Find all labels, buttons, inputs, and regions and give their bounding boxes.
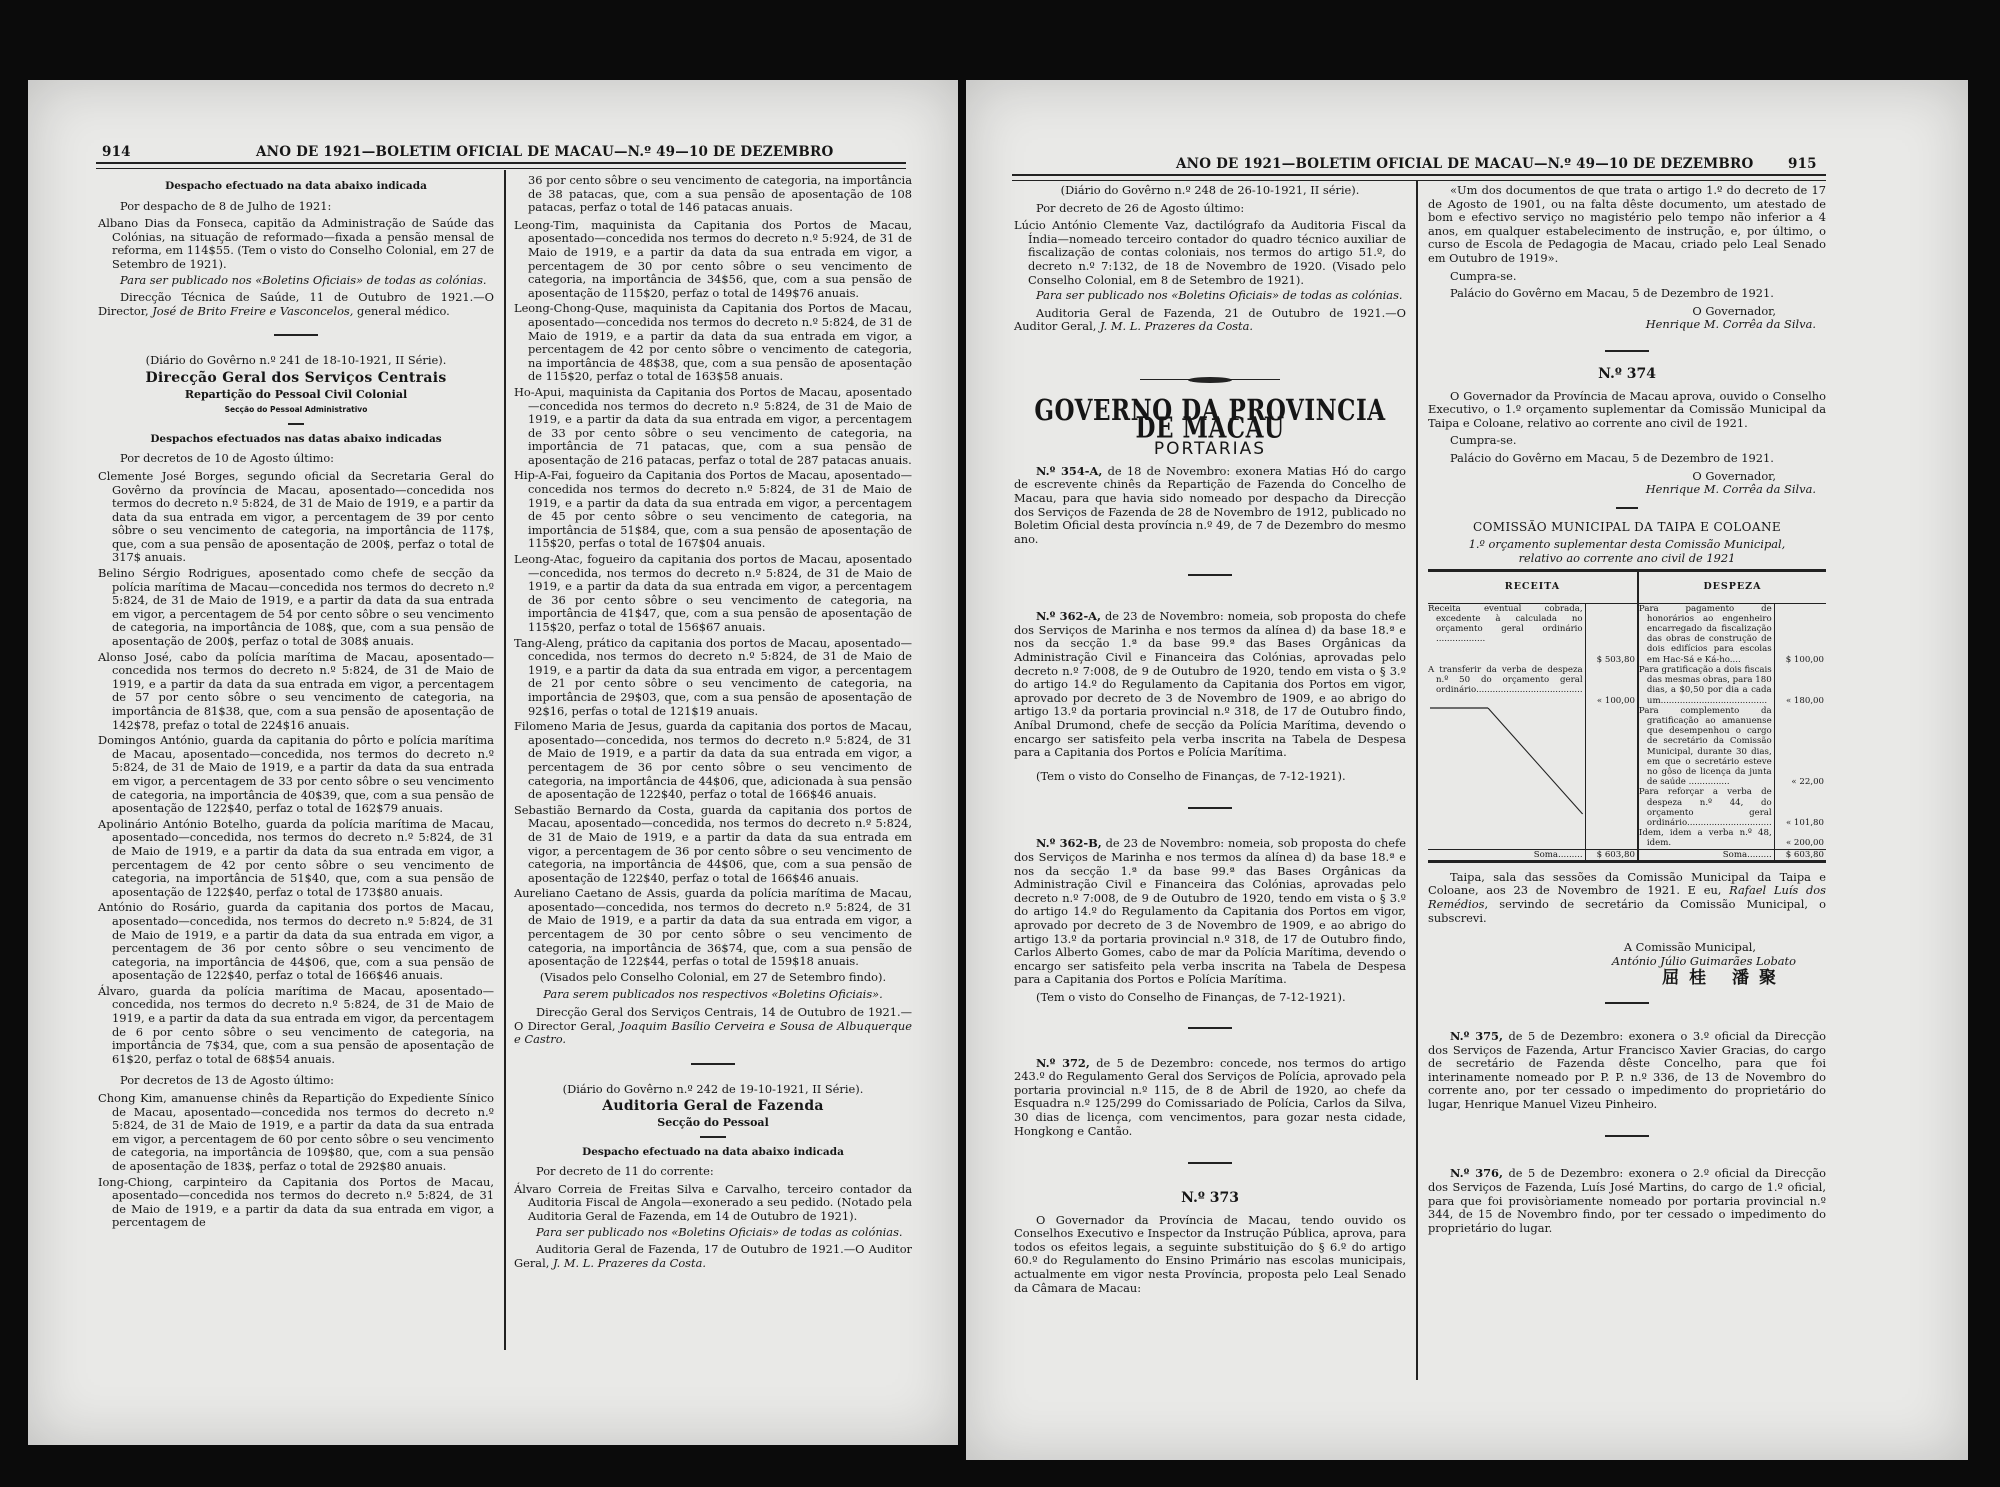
department-subtitle: Secção do Pessoal	[514, 1116, 912, 1130]
portaria-374-title: N.º 374	[1428, 368, 1826, 382]
separator	[1188, 574, 1232, 576]
separator	[1605, 1002, 1649, 1004]
closing-text: , servindo de secretário da Comissão Mun…	[1428, 897, 1826, 925]
diario-reference: (Diário do Govêrno n.º 241 de 18-10-1921…	[98, 354, 494, 368]
list-item: Sebastião Bernardo da Costa, guarda da c…	[514, 804, 912, 886]
signature-line: Direcção Geral dos Serviços Centrais, 14…	[514, 1006, 912, 1047]
despeza-amount: « 200,00	[1774, 828, 1826, 849]
receita-total: $ 603,80	[1585, 849, 1638, 861]
list-item: Domingos António, guarda da capitania do…	[98, 734, 494, 816]
right-column-2: «Um dos documentos de que trata o artigo…	[1428, 184, 1826, 1239]
despeza-total: $ 603,80	[1774, 849, 1826, 861]
list-item: Alonso José, cabo da polícia marítima de…	[98, 651, 494, 733]
table-row: A transferir da verba de despeza n.º 50 …	[1428, 665, 1826, 706]
list-item: Lúcio António Clemente Vaz, dactilógrafo…	[1014, 219, 1406, 287]
portaria-text: de 23 de Novembro: nomeia, sob proposta …	[1014, 836, 1406, 986]
receita-header: RECEITA	[1428, 571, 1638, 603]
receita-desc: Receita eventual cobrada, excedente à ca…	[1428, 603, 1585, 665]
ornamental-rule	[1140, 378, 1280, 382]
list-item: António do Rosário, guarda da capitania …	[98, 901, 494, 983]
governor-name: Henrique M. Corrêa da Silva.	[1428, 483, 1826, 497]
portaria-362a: N.º 362-A, de 23 de Novembro: nomeia, so…	[1014, 610, 1406, 760]
governor-label: O Governador,	[1428, 305, 1826, 319]
list-item: Clemente José Borges, segundo oficial da…	[98, 470, 494, 565]
right-page: ANO DE 1921—BOLETIM OFICIAL DE MACAU—N.º…	[966, 80, 1968, 1460]
separator	[288, 423, 304, 425]
portaria-373-text: O Governador da Província de Macau, tend…	[1014, 1214, 1406, 1296]
visto-note: (Tem o visto do Conselho de Finanças, de…	[1014, 770, 1406, 784]
list-item: Apolinário António Botelho, guarda da po…	[98, 818, 494, 900]
signature-line: Direcção Técnica de Saúde, 11 de Outubro…	[98, 291, 494, 318]
soma-label: Soma.........	[1638, 849, 1774, 861]
list-item: Chong Kim, amanuense chinês da Repartiçã…	[98, 1092, 494, 1174]
separator	[700, 1136, 726, 1138]
intro-text: Por decretos de 13 de Agosto último:	[98, 1074, 494, 1088]
governor-label: O Governador,	[1428, 470, 1826, 484]
portarias-heading: PORTARIAS	[1014, 443, 1406, 457]
right-column-1: (Diário do Govêrno n.º 248 de 26-10-1921…	[1014, 184, 1406, 1299]
diario-reference: (Diário do Govêrno n.º 248 de 26-10-1921…	[1014, 184, 1406, 198]
list-item: Leong-Atac, fogueiro da capitania dos po…	[514, 553, 912, 635]
portaria-number: N.º 375,	[1450, 1029, 1503, 1043]
visados-note: (Visados pelo Conselho Colonial, em 27 d…	[514, 971, 912, 985]
intro-text: Por decretos de 10 de Agosto último:	[98, 452, 494, 466]
budget-table: RECEITA DESPEZA Receita eventual cobrada…	[1428, 569, 1826, 862]
list-item: Aureliano Caetano de Assis, guarda da po…	[514, 887, 912, 969]
portaria-number: N.º 362-A,	[1036, 609, 1101, 623]
left-column-2: 36 por cento sôbre o seu vencimento de c…	[514, 174, 912, 1274]
department-section: Secção do Pessoal Administrativo	[98, 403, 494, 417]
receita-amount: « 100,00	[1585, 665, 1638, 706]
despeza-header: DESPEZA	[1638, 571, 1826, 603]
table-row: Para complemento da gratificação ao aman…	[1428, 706, 1826, 788]
list-item: Tang-Aleng, prático da capitania dos por…	[514, 637, 912, 719]
portaria-376: N.º 376, de 5 de Dezembro: exonera o 2.º…	[1428, 1167, 1826, 1235]
signature-name: J. M. L. Prazeres da Costa.	[1100, 319, 1253, 333]
intro-text: Por decreto de 26 de Agosto último:	[1014, 202, 1406, 216]
receita-blank-diagonal	[1428, 706, 1585, 849]
section-heading: Despacho efectuado na data abaixo indica…	[514, 1146, 912, 1160]
despeza-desc: Para pagamento de honorários ao engenhei…	[1638, 603, 1774, 665]
commission-sign-label: A Comissão Municipal,	[1428, 941, 1826, 955]
page-number: 914	[102, 144, 131, 160]
signature-line: Auditoria Geral de Fazenda, 17 de Outubr…	[514, 1243, 912, 1270]
department-subtitle: Repartição do Pessoal Civil Colonial	[98, 388, 494, 402]
list-item: Belino Sérgio Rodrigues, aposentado como…	[98, 567, 494, 649]
receita-desc: A transferir da verba de despeza n.º 50 …	[1428, 665, 1585, 706]
government-title: GOVERNO DA PROVINCIA DE MACAU	[1014, 403, 1406, 437]
chinese-signatures: 屈桂 潘聚	[1428, 972, 1826, 986]
portaria-354a: N.º 354-A, de 18 de Novembro: exonera Ma…	[1014, 465, 1406, 547]
running-head: ANO DE 1921—BOLETIM OFICIAL DE MACAU—N.º…	[1176, 156, 1753, 172]
list-item: Iong-Chiong, carpinteiro da Capitania do…	[98, 1176, 494, 1230]
list-item: Álvaro, guarda da polícia marítima de Ma…	[98, 985, 494, 1067]
commission-sign-name: António Júlio Guimarães Lobato	[1428, 955, 1826, 969]
list-item: Ho-Apui, maquinista da Capitania dos Por…	[514, 386, 912, 468]
separator	[691, 1063, 735, 1065]
palace-date: Palácio do Govêrno em Macau, 5 de Dezemb…	[1428, 452, 1826, 466]
commission-title: COMISSÃO MUNICIPAL DA TAIPA E COLOANE	[1428, 521, 1826, 535]
publish-note: Para ser publicado nos «Boletins Oficiai…	[514, 1226, 912, 1240]
commission-subtitle: 1.º orçamento suplementar desta Comissão…	[1428, 538, 1826, 565]
continuation-text: 36 por cento sôbre o seu vencimento de c…	[514, 174, 912, 215]
separator	[1188, 807, 1232, 809]
list-item: Hip-A-Fai, fogueiro da Capitania dos Por…	[514, 469, 912, 551]
portaria-375: N.º 375, de 5 de Dezembro: exonera o 3.º…	[1428, 1030, 1826, 1112]
receita-amount-empty	[1585, 706, 1638, 849]
despeza-amount: $ 100,00	[1774, 603, 1826, 665]
receita-amount: $ 503,80	[1585, 603, 1638, 665]
section-heading: Despachos efectuados nas datas abaixo in…	[98, 433, 494, 447]
column-divider	[504, 170, 506, 1350]
governor-name: Henrique M. Corrêa da Silva.	[1428, 318, 1826, 332]
list-item: Albano Dias da Fonseca, capitão da Admin…	[98, 217, 494, 271]
separator	[1605, 350, 1649, 352]
section-heading: Despacho efectuado na data abaixo indica…	[98, 180, 494, 194]
portaria-number: N.º 354-A,	[1036, 464, 1102, 478]
department-title: Direcção Geral dos Serviços Centrais	[98, 372, 494, 386]
column-divider	[1416, 180, 1418, 1380]
portaria-number: N.º 376,	[1450, 1166, 1503, 1180]
cumpra-se: Cumpra-se.	[1428, 434, 1826, 448]
header-rule	[1012, 174, 1826, 181]
despeza-amount: « 180,00	[1774, 665, 1826, 706]
visto-note: (Tem o visto do Conselho de Finanças, de…	[1014, 991, 1406, 1005]
list-item: Leong-Chong-Quse, maquinista da Capitani…	[514, 302, 912, 384]
despeza-amount: « 22,00	[1774, 706, 1826, 788]
table-row: Receita eventual cobrada, excedente à ca…	[1428, 603, 1826, 665]
list-item: Filomeno Maria de Jesus, guarda da capit…	[514, 720, 912, 802]
signature-name: J. M. L. Prazeres da Costa.	[553, 1256, 706, 1270]
signature-name: José de Brito Freire e Vasconcelos,	[152, 304, 353, 318]
diagonal-rule	[1430, 706, 1583, 816]
separator	[1616, 507, 1638, 509]
left-page: 914 ANO DE 1921—BOLETIM OFICIAL DE MACAU…	[28, 80, 958, 1445]
separator	[1188, 1027, 1232, 1029]
soma-label: Soma.........	[1428, 849, 1585, 861]
left-column-1: Despacho efectuado na data abaixo indica…	[98, 174, 494, 1232]
publish-note: Para serem publicados nos respectivos «B…	[514, 988, 912, 1002]
running-head: ANO DE 1921—BOLETIM OFICIAL DE MACAU—N.º…	[256, 144, 833, 160]
page-number: 915	[1788, 156, 1817, 172]
portaria-number: N.º 362-B,	[1036, 836, 1102, 850]
portaria-373-title: N.º 373	[1014, 1192, 1406, 1206]
cumpra-se: Cumpra-se.	[1428, 270, 1826, 284]
separator	[1188, 1162, 1232, 1164]
signature-line: Auditoria Geral de Fazenda, 21 de Outubr…	[1014, 307, 1406, 334]
list-item: Leong-Tim, maquinista da Capitania dos P…	[514, 219, 912, 301]
palace-date: Palácio do Govêrno em Macau, 5 de Dezemb…	[1428, 287, 1826, 301]
despeza-desc: Para reforçar a verba de despeza n.º 44,…	[1638, 787, 1774, 828]
quote-text: «Um dos documentos de que trata o artigo…	[1428, 184, 1826, 266]
publish-note: Para ser publicado nos «Boletins Oficiai…	[98, 274, 494, 288]
separator	[1605, 1135, 1649, 1137]
intro-text: Por despacho de 8 de Julho de 1921:	[98, 200, 494, 214]
despeza-desc: Para complemento da gratificação ao aman…	[1638, 706, 1774, 788]
diario-reference: (Diário do Govêrno n.º 242 de 19-10-1921…	[514, 1083, 912, 1097]
header-rule	[96, 162, 906, 169]
separator	[274, 334, 318, 336]
total-row: Soma......... $ 603,80 Soma......... $ 6…	[1428, 849, 1826, 861]
portaria-text: de 23 de Novembro: nomeia, sob proposta …	[1014, 609, 1406, 759]
portaria-372: N.º 372, de 5 de Dezembro: concede, nos …	[1014, 1057, 1406, 1139]
despeza-desc: Para gratificação a dois fiscais das mes…	[1638, 665, 1774, 706]
taipa-closing: Taipa, sala das sessões da Comissão Muni…	[1428, 871, 1826, 925]
intro-text: Por decreto de 11 do corrente:	[514, 1165, 912, 1179]
publish-note: Para ser publicado nos «Boletins Oficiai…	[1014, 289, 1406, 303]
despeza-amount: « 101,80	[1774, 787, 1826, 828]
portaria-362b: N.º 362-B, de 23 de Novembro: nomeia, so…	[1014, 837, 1406, 987]
signature-role: general médico.	[353, 304, 449, 318]
despeza-desc: Idem, idem a verba n.º 48, idem.	[1638, 828, 1774, 849]
list-item: Álvaro Correia de Freitas Silva e Carval…	[514, 1183, 912, 1224]
portaria-374-text: O Governador da Província de Macau aprov…	[1428, 390, 1826, 431]
portaria-number: N.º 372,	[1036, 1056, 1090, 1070]
department-title: Auditoria Geral de Fazenda	[514, 1100, 912, 1114]
